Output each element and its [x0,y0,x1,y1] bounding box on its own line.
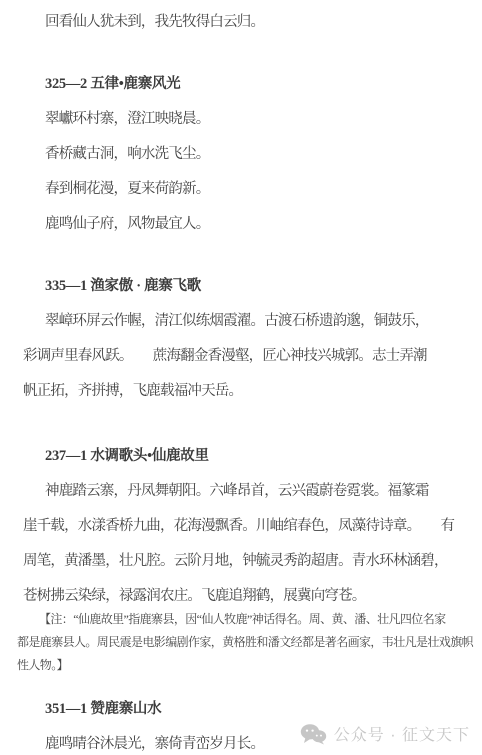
poem-line: 翠巘环村寨，澄江映晓晨。 [23,102,482,137]
poem-title: 237—1 水调歌头•仙鹿故里 [23,439,482,474]
poem-line: 鹿鸣仙子府，风物最宜人。 [23,207,482,242]
note-line: 【注：“仙鹿故里”指鹿寨县，因“仙人牧鹿”神话得名。周、黄、潘、壮凡四位名家 [17,608,477,631]
poem-title: 335—1 渔家傲 · 鹿寨飞歌 [23,269,482,304]
note-line: 都是鹿寨县人。周民震是电影编剧作家，黄格胜和潘文经都是著名画家，韦壮凡是壮戏旗帜 [17,631,477,654]
poem-line: 崖千载，水漾香桥九曲，花海漫飘香。川岫绾春色，凤藻待诗章。 有 [23,509,482,544]
poem-line: 香桥藏古洞，响水洗飞尘。 [23,137,482,172]
poem-section-237-1: 237—1 水调歌头•仙鹿故里 神鹿踏云寨，丹凤舞朝阳。六峰昂首，云兴霞蔚卷霓裳… [23,439,482,677]
wechat-icon [300,723,327,745]
poem-line: 彩调声里春风跃。 蔗海翻金香漫壑，匠心神技兴城郭。志士弄潮 [23,339,482,374]
poem-line: 春到桐花漫，夏来荷韵新。 [23,172,482,207]
editor-note: 【注：“仙鹿故里”指鹿寨县，因“仙人牧鹿”神话得名。周、黄、潘、壮凡四位名家 都… [17,608,477,677]
poem-line: 神鹿踏云寨，丹凤舞朝阳。六峰昂首，云兴霞蔚卷霓裳。福篆霜 [23,474,482,509]
closing-couplet: 回看仙人犹未到，我先牧得白云归。 [23,5,482,40]
poem-title: 325—2 五律•鹿寨风光 [23,67,482,102]
note-line: 性人物。】 [17,654,477,677]
watermark: 公众号 · 征文天下 [300,722,470,745]
document-page: 回看仙人犹未到，我先牧得白云归。 325—2 五律•鹿寨风光 翠巘环村寨，澄江映… [0,0,482,755]
poem-section-335-1: 335—1 渔家傲 · 鹿寨飞歌 翠嶂环屏云作幄，清江似练烟霞濯。古渡石桥遗韵邈… [23,269,482,409]
poem-line: 周笔，黄潘墨，壮凡腔。云阶月地，钟毓灵秀韵超唐。青水环林涵碧， [23,544,482,579]
poem-line: 帆正拓，齐拼搏，飞鹿载福冲天岳。 [23,374,482,409]
poem-line: 翠嶂环屏云作幄，清江似练烟霞濯。古渡石桥遗韵邈，铜鼓乐， [23,304,482,339]
watermark-label: 公众号 · 征文天下 [334,722,470,745]
poem-section-325-2: 325—2 五律•鹿寨风光 翠巘环村寨，澄江映晓晨。 香桥藏古洞，响水洗飞尘。 … [23,67,482,242]
